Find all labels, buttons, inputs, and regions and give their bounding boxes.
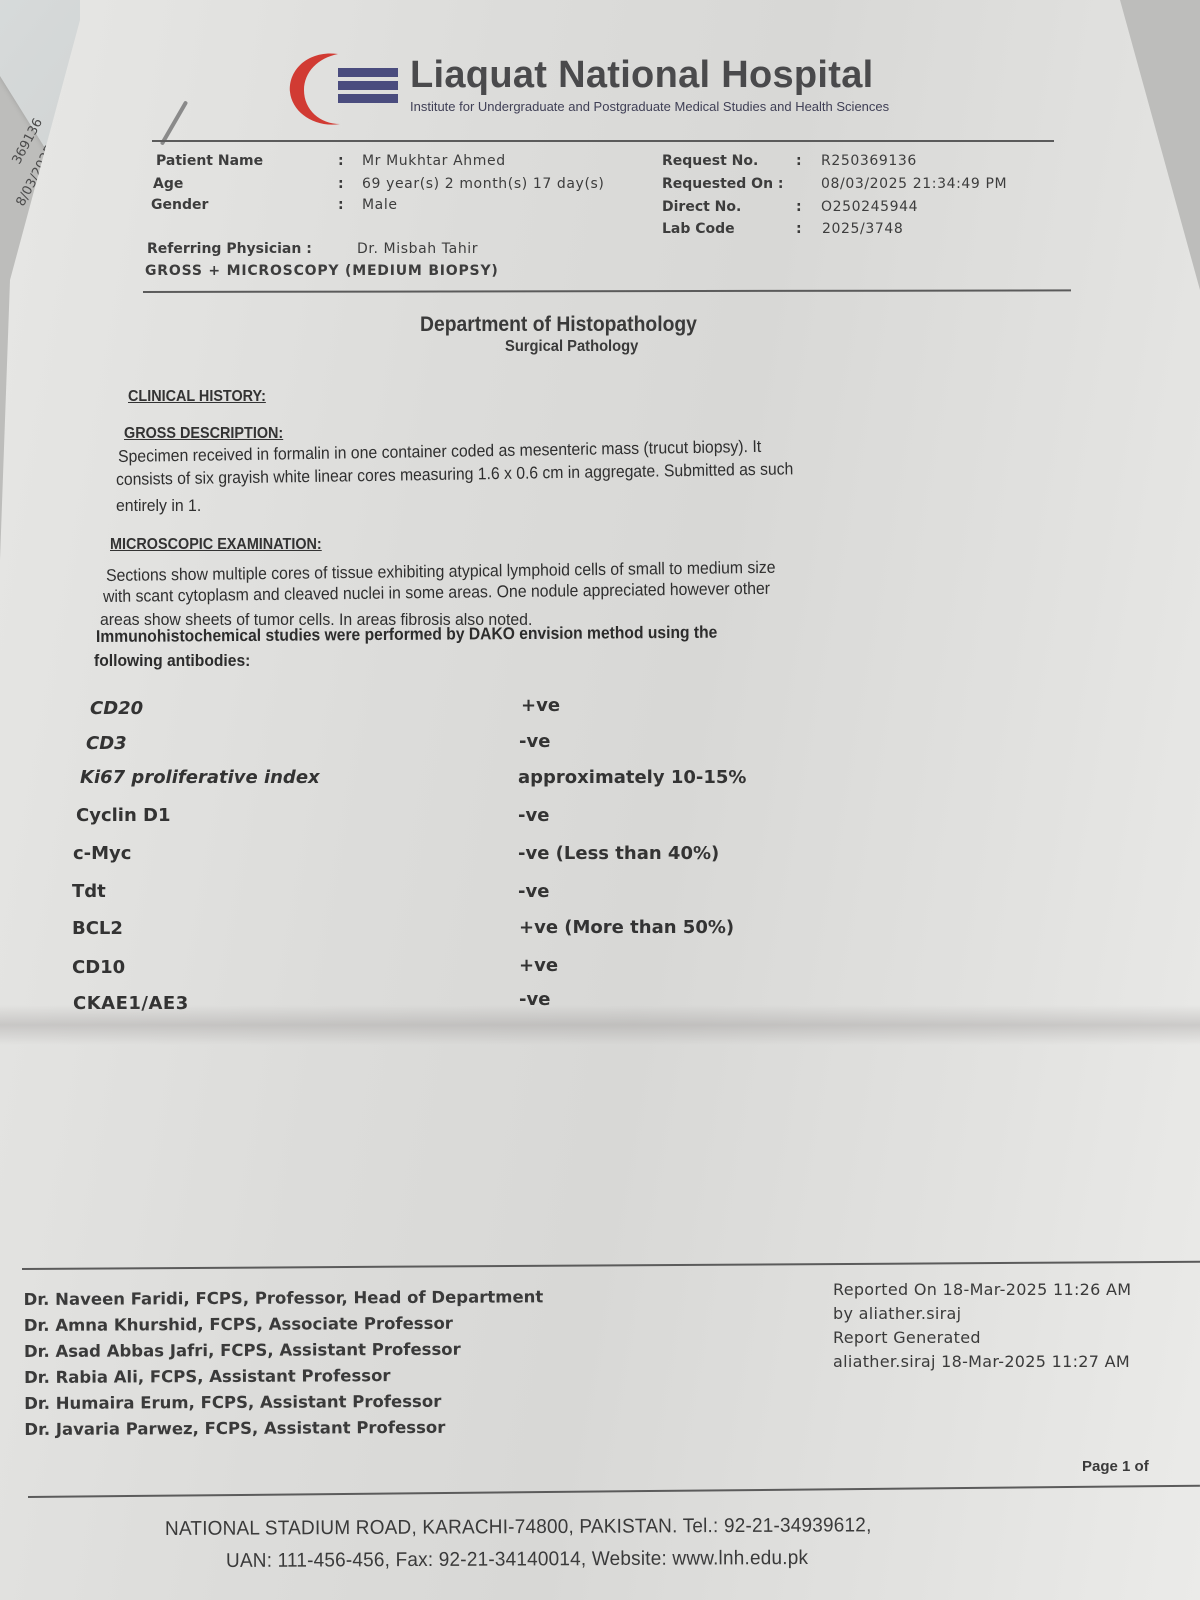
patient-age: 69 year(s) 2 month(s) 17 day(s) [362,176,604,192]
colon: : [338,153,344,169]
staff-member: Dr. Asad Abbas Jafri, FCPS, Assistant Pr… [24,1336,544,1365]
ihc-marker: CD3 [86,733,127,754]
ihc-result: -ve [519,731,550,752]
ihc-result: +ve (More than 50%) [519,917,734,938]
report-meta: Reported On 18-Mar-2025 11:26 AM by alia… [833,1278,1131,1374]
ihc-marker: Ki67 proliferative index [80,767,320,788]
gross-line: entirely in 1. [116,495,201,516]
hospital-subtitle: Institute for Undergraduate and Postgrad… [410,99,889,114]
report-generated: aliather.siraj 18-Mar-2025 11:27 AM [833,1350,1131,1374]
ihc-result: -ve [518,881,549,902]
direct-no-label: Direct No. [662,199,741,215]
colon: : [338,176,344,192]
request-no: R250369136 [821,153,917,169]
ihc-intro-line: following antibodies: [94,650,250,671]
ihc-marker: Cyclin D1 [76,805,171,826]
reported-by: by aliather.siraj [833,1302,1131,1326]
requested-on-label: Requested On : [662,176,784,192]
page-number: Page 1 of [1082,1458,1149,1475]
footer-divider [28,1485,1200,1498]
hospital-logo-icon [280,48,400,128]
footer-contact: UAN: 111-456-456, Fax: 92-21-34140014, W… [226,1547,808,1573]
gross-description-heading: GROSS DESCRIPTION: [124,425,283,443]
department-title: Department of Histopathology [420,313,697,337]
ihc-result: -ve (Less than 40%) [518,843,719,864]
request-no-label: Request No. [662,153,758,169]
report-page: Liaquat National Hospital Institute for … [0,0,1200,1600]
referring-physician: Dr. Misbah Tahir [357,241,478,257]
footer-top-divider [22,1261,1200,1270]
paper-fold-shadow [0,1005,1200,1045]
lab-code: 2025/3748 [822,221,903,237]
ihc-marker: c-Myc [73,843,131,864]
ihc-result: +ve [521,695,560,716]
lab-code-label: Lab Code [662,221,735,237]
test-name: GROSS + MICROSCOPY (MEDIUM BIOPSY) [145,263,499,279]
referring-physician-label: Referring Physician : [147,241,312,257]
ihc-marker: BCL2 [72,918,123,939]
colon: : [796,199,802,215]
department-subtitle: Surgical Pathology [505,338,638,356]
ihc-marker: CD10 [72,957,125,978]
patient-gender: Male [362,197,398,213]
reported-on: Reported On 18-Mar-2025 11:26 AM [833,1278,1131,1302]
colon: : [796,221,802,237]
staff-member: Dr. Javaria Parwez, FCPS, Assistant Prof… [24,1414,544,1443]
staff-list: Dr. Naveen Faridi, FCPS, Professor, Head… [24,1284,544,1443]
gender-label: Gender [151,197,208,213]
ihc-intro-line: Immunohistochemical studies were perform… [96,622,718,647]
requested-on: 08/03/2025 21:34:49 PM [821,176,1007,192]
age-label: Age [153,176,183,192]
hospital-name: Liaquat National Hospital [410,54,874,97]
staff-member: Dr. Humaira Erum, FCPS, Assistant Profes… [24,1388,544,1417]
clinical-history-heading: CLINICAL HISTORY: [128,388,266,406]
ihc-result: +ve [519,955,558,976]
patient-name-label: Patient Name [156,153,263,169]
ihc-result: -ve [518,805,549,826]
staff-member: Dr. Naveen Faridi, FCPS, Professor, Head… [24,1284,544,1313]
pen-mark [160,100,188,145]
direct-no: O250245944 [821,199,918,215]
ihc-marker: CD20 [90,698,143,719]
staff-member: Dr. Amna Khurshid, FCPS, Associate Profe… [24,1310,544,1339]
microscopic-heading: MICROSCOPIC EXAMINATION: [110,536,322,554]
header-divider [152,140,1054,142]
footer-address: NATIONAL STADIUM ROAD, KARACHI-74800, PA… [165,1514,872,1541]
report-generated-label: Report Generated [833,1326,1131,1350]
colon: : [796,153,802,169]
colon: : [338,197,344,213]
ihc-marker: Tdt [72,881,106,902]
staff-member: Dr. Rabia Ali, FCPS, Assistant Professor [24,1362,544,1391]
patient-name: Mr Mukhtar Ahmed [362,153,506,169]
ihc-result: approximately 10-15% [518,767,746,788]
patient-divider [143,289,1071,292]
